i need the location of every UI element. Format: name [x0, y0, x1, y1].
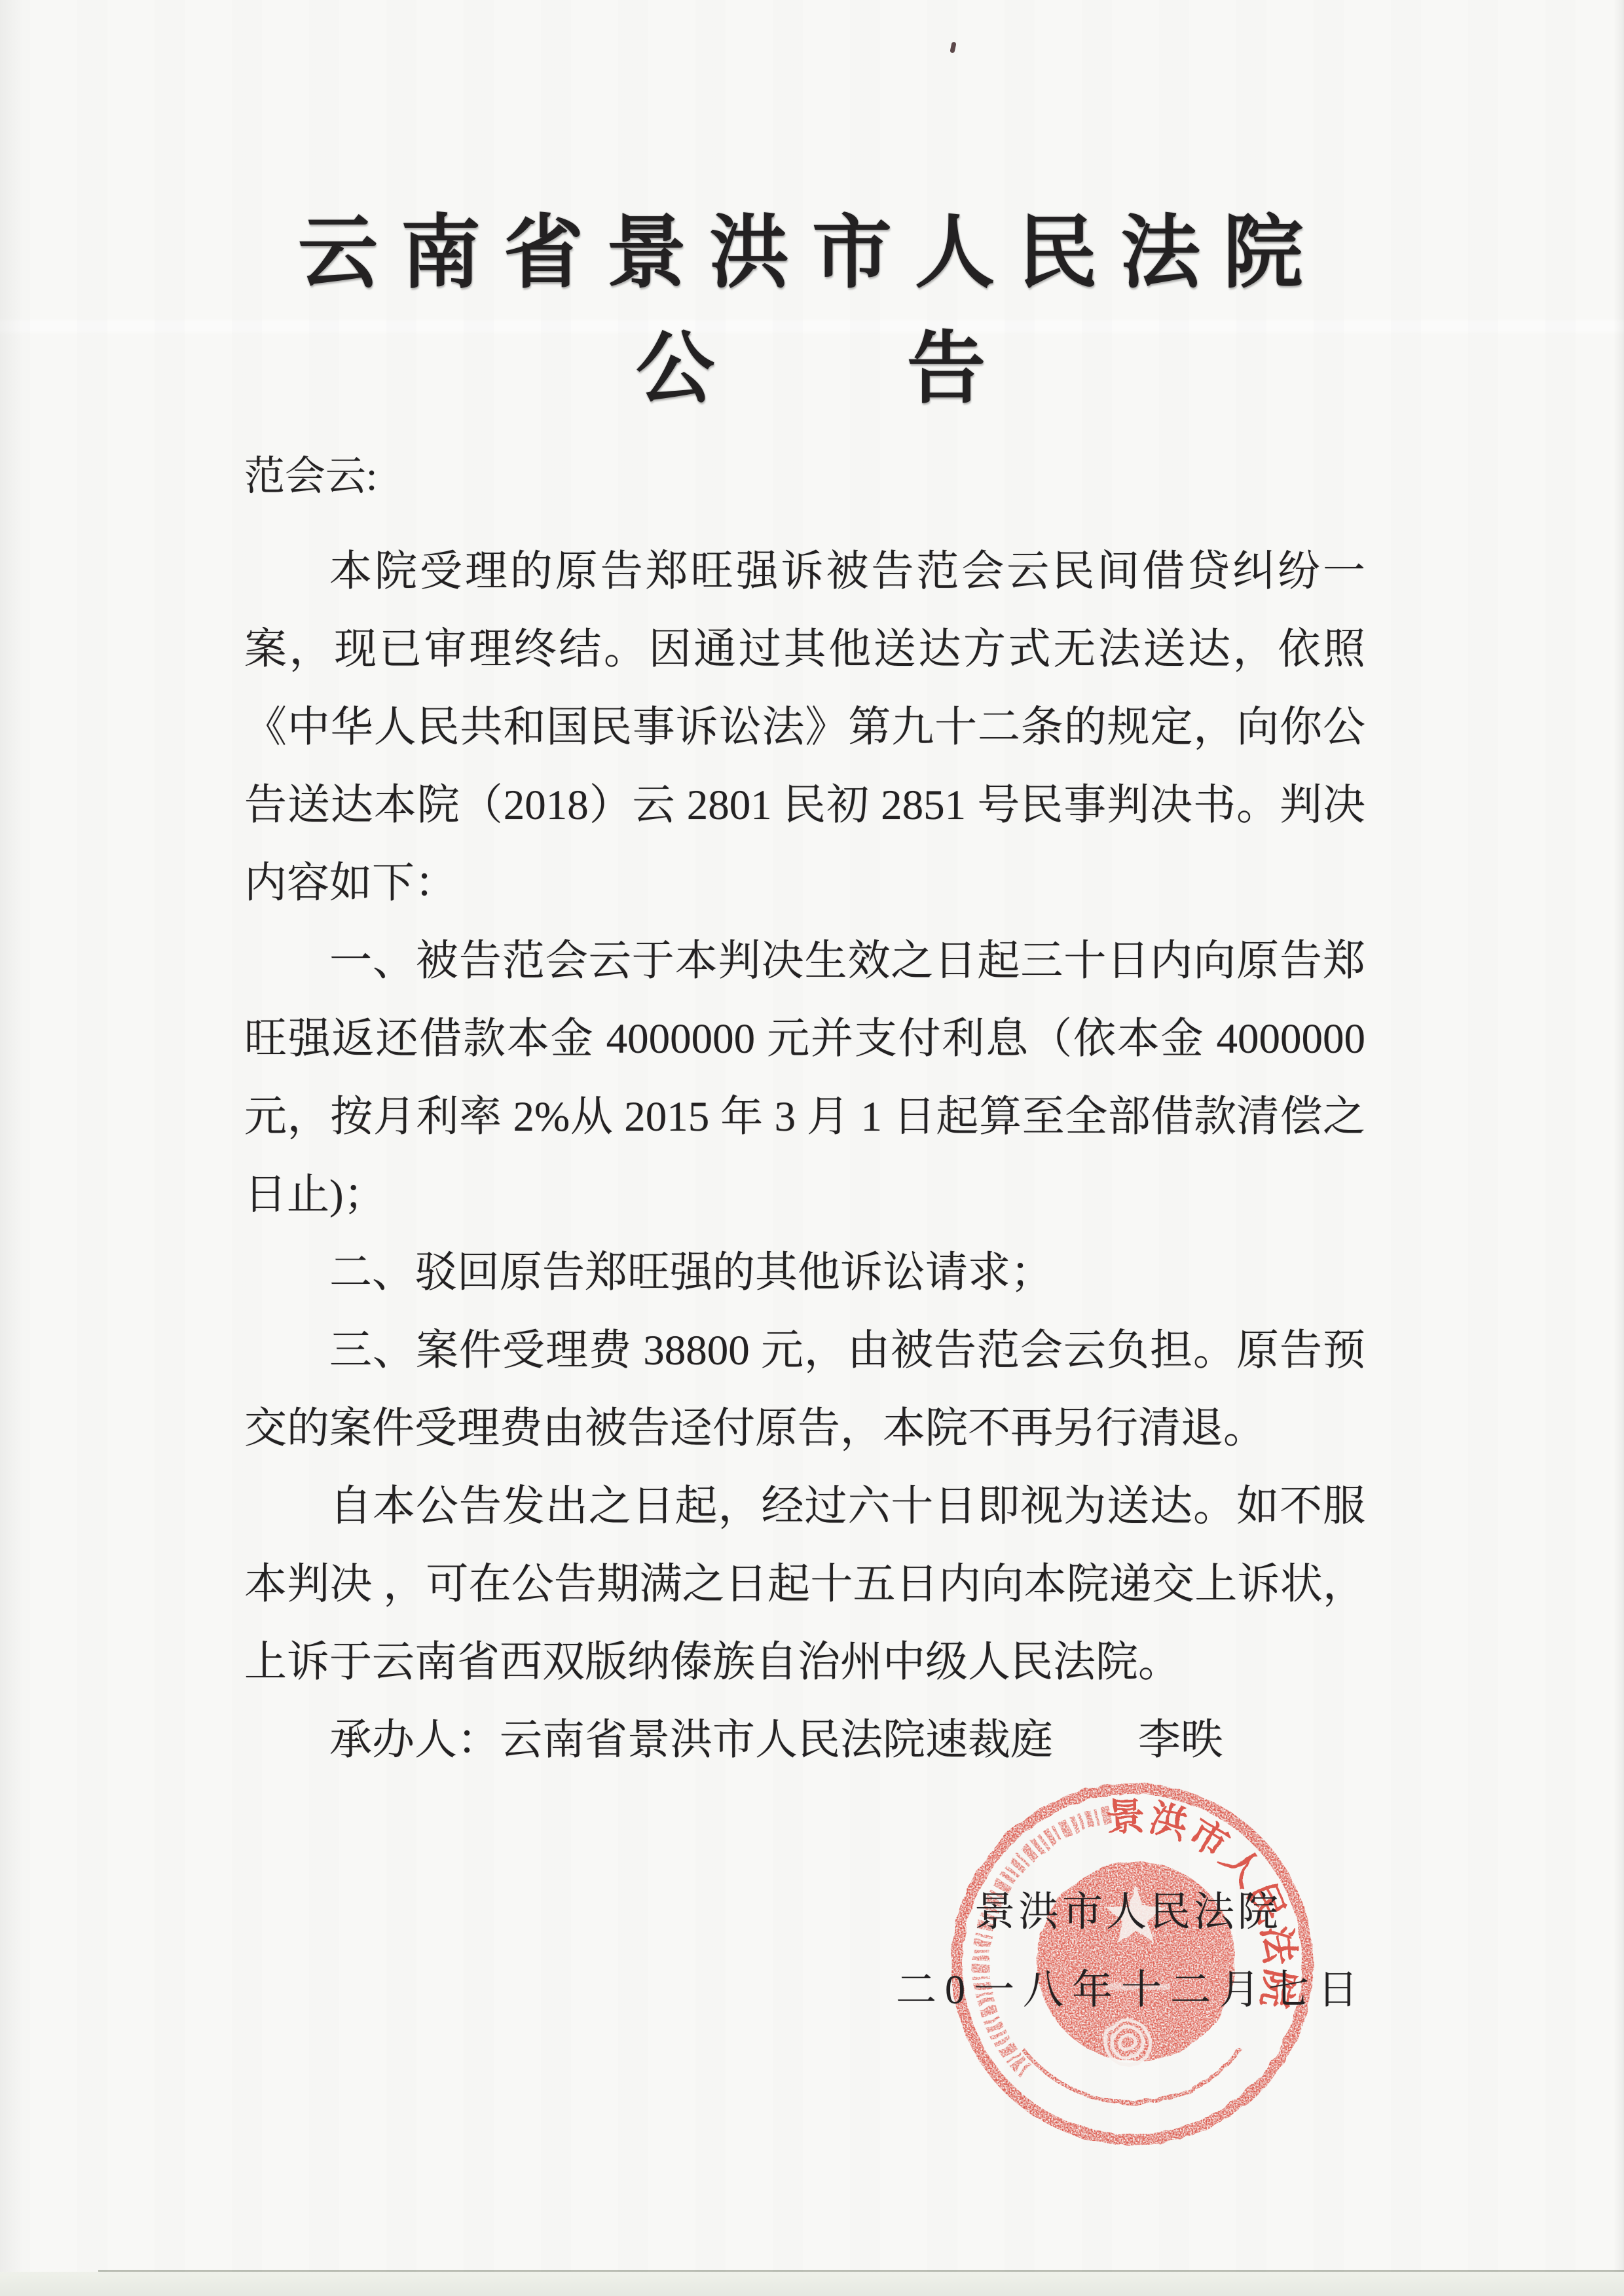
body-paragraphs: 本院受理的原告郑旺强诉被告范会云民间借贷纠纷一案，现已审理终结。因通过其他送达方… [244, 533, 1365, 1779]
document-body: 范会云: 本院受理的原告郑旺强诉被告范会云民间借贷纠纷一案，现已审理终结。因通过… [244, 452, 1365, 1779]
scanned-court-announcement-page: 景洪市人民法院 云南省景洪市人民法院 公 告 范会云: 本院受理的原告郑旺强诉被… [0, 0, 1624, 2296]
body-paragraph-judgment-3: 三、案件受理费 38800 元，由被告范会云负担。原告预交的案件受理费由被告迳付… [244, 1312, 1365, 1468]
handler-line: 承办人：云南省景洪市人民法院速裁庭 李昳 [244, 1702, 1365, 1779]
body-paragraph-judgment-1: 一、被告范会云于本判决生效之日起三十日内向原告郑旺强返还借款本金 4000000… [244, 922, 1365, 1234]
body-paragraph-judgment-2: 二、驳回原告郑旺强的其他诉讼请求； [244, 1234, 1365, 1312]
printed-text-layer: 云南省景洪市人民法院 公 告 范会云: 本院受理的原告郑旺强诉被告范会云民间借贷… [0, 0, 1624, 2296]
court-name-title: 云南省景洪市人民法院 [0, 204, 1624, 304]
body-paragraph-appeal-notice: 自本公告发出之日起，经过六十日即视为送达。如不服本判决 ，可在公告期满之日起十五… [244, 1468, 1365, 1702]
signature-court-line: 景洪市人民法院 [974, 1888, 1282, 1937]
body-paragraph: 本院受理的原告郑旺强诉被告范会云民间借贷纠纷一案，现已审理终结。因通过其他送达方… [244, 533, 1365, 922]
addressee-line: 范会云: [244, 452, 1365, 501]
signature-date-line: 二0一八年十二月七日 [896, 1966, 1367, 2014]
announcement-title: 公 告 [9, 322, 1624, 416]
